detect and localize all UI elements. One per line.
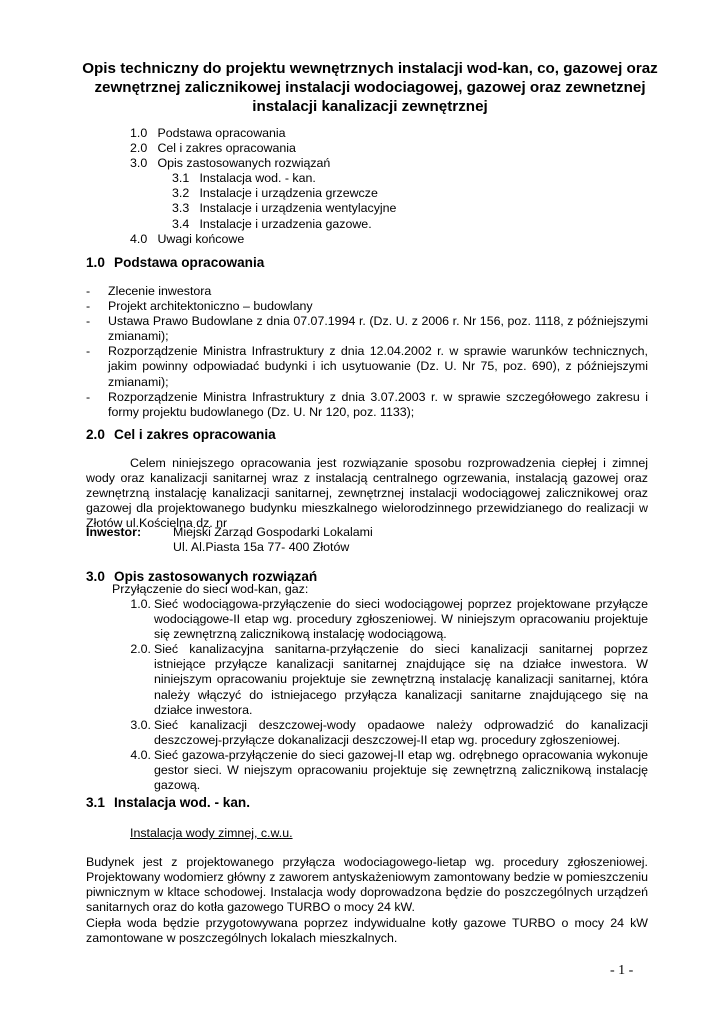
- toc-item: 1.0 Podstawa opracowania: [130, 126, 396, 141]
- list-item: -Zlecenie inwestora: [86, 284, 648, 299]
- toc-item: 2.0 Cel i zakres opracowania: [130, 141, 396, 156]
- hot-water-paragraph: Ciepła woda będzie przygotowywana poprze…: [86, 916, 648, 946]
- list-item: -Projekt architektoniczno – budowlany: [86, 299, 648, 314]
- toc-subitem: 3.1 Instalacja wod. - kan.: [130, 171, 396, 186]
- toc-item: 3.0 Opis zastosowanych rozwiązań: [130, 156, 396, 171]
- section-heading-2: 2.0Cel i zakres opracowania: [86, 427, 276, 442]
- toc-subitem: 3.2 Instalacje i urządzenia grzewcze: [130, 186, 396, 201]
- investor-address: Ul. Al.Piasta 15a 77- 400 Złotów: [86, 540, 373, 555]
- list-item: -Ustawa Prawo Budowlane z dnia 07.07.199…: [86, 314, 648, 344]
- water-paragraph: Budynek jest z projektowanego przyłącza …: [86, 855, 648, 915]
- connections-intro: Przyłączenie do sieci wod-kan, gaz:: [112, 582, 308, 597]
- purpose-paragraph: Celem niniejszego opracowania jest rozwi…: [86, 456, 648, 531]
- section-heading-1: 1.0Podstawa opracowania: [86, 255, 264, 270]
- document-page: Opis techniczny do projektu wewnętrznych…: [0, 0, 724, 1024]
- subsection-title: Instalacja wody zimnej, c.w.u.: [130, 826, 293, 840]
- page-number: - 1 -: [610, 963, 633, 979]
- list-item: 3.0.Sieć kanalizacji deszczowej-wody opa…: [130, 718, 648, 748]
- toc-item: 4.0 Uwagi końcowe: [130, 232, 396, 247]
- table-of-contents: 1.0 Podstawa opracowania 2.0 Cel i zakre…: [130, 126, 396, 247]
- investor-block: Inwestor:Miejski Zarząd Gospodarki Lokal…: [86, 525, 373, 555]
- toc-subitem: 3.4 Instalacje i urzadzenia gazowe.: [130, 217, 396, 232]
- document-title: Opis techniczny do projektu wewnętrznych…: [80, 59, 660, 116]
- list-item: 4.0.Sieć gazowa-przyłączenie do sieci ga…: [130, 748, 648, 793]
- list-item: -Rozporządzenie Ministra Infrastruktury …: [86, 344, 648, 389]
- list-item: 1.0.Sieć wodociągowa-przyłączenie do sie…: [130, 597, 648, 642]
- section-heading-3-1: 3.1Instalacja wod. - kan.: [86, 795, 250, 810]
- investor-label: Inwestor:: [86, 525, 173, 540]
- investor-name: Miejski Zarząd Gospodarki Lokalami: [173, 525, 373, 539]
- basis-list: -Zlecenie inwestora -Projekt architekton…: [86, 284, 648, 420]
- list-item: -Rozporządzenie Ministra Infrastruktury …: [86, 390, 648, 420]
- toc-subitem: 3.3 Instalacje i urządzenia wentylacyjne: [130, 201, 396, 216]
- connections-list: 1.0.Sieć wodociągowa-przyłączenie do sie…: [130, 597, 648, 793]
- list-item: 2.0.Sieć kanalizacyjna sanitarna-przyłąc…: [130, 642, 648, 717]
